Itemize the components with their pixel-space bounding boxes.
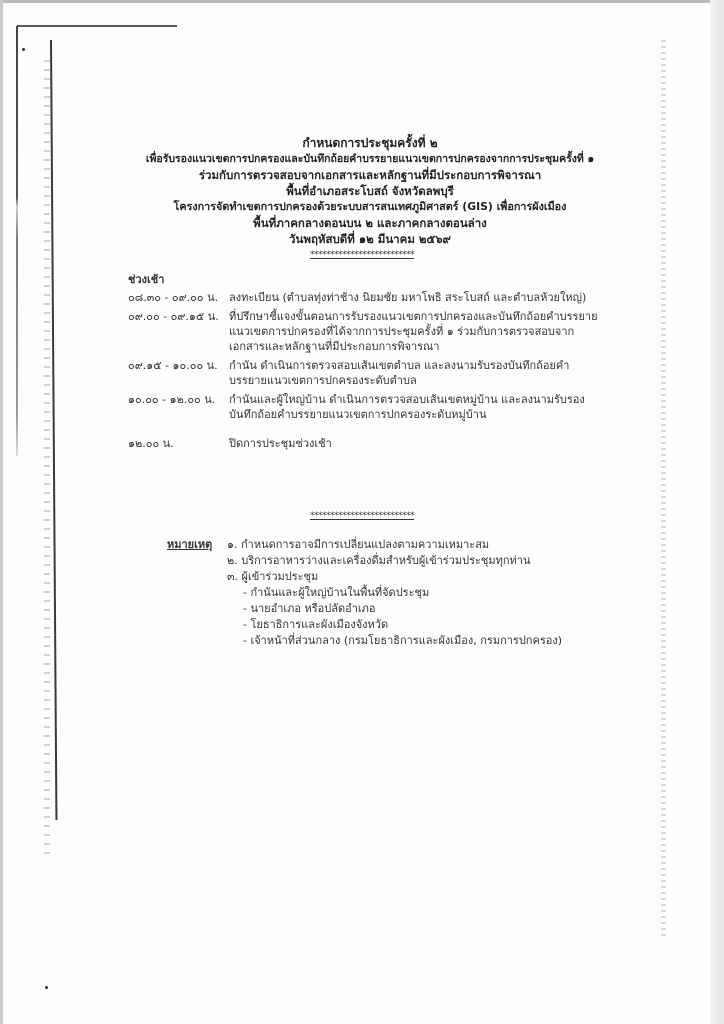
attendee-item: - เจ้าหน้าที่ส่วนกลาง (กรมโยธาธิการและผั… bbox=[227, 633, 647, 649]
schedule-desc: ที่ปรึกษาชี้แจงขั้นตอนการรับรองแนวเขตการ… bbox=[229, 309, 598, 354]
schedule-desc: ลงทะเบียน (ตำบลทุ่งท่าช้าง นิยมชัย มหาโพ… bbox=[229, 290, 598, 305]
header-line: โครงการจัดทำเขตการปกครองด้วยระบบสารสนเทศ… bbox=[120, 199, 620, 215]
header-line: เพื่อรับรองแนวเขตการปกครองและบันทึกถ้อยค… bbox=[120, 151, 620, 167]
meeting-date: วันพฤหัสบดีที่ ๑๒ มีนาคม ๒๕๖๙ bbox=[120, 231, 620, 247]
remarks-label: หมายเหตุ bbox=[167, 537, 227, 553]
schedule-list: ๐๘.๓๐ - ๐๙.๐๐ น. ลงทะเบียน (ตำบลทุ่งท่าช… bbox=[128, 290, 598, 455]
document-header: กำหนดการประชุมครั้งที่ ๒ เพื่อรับรองแนวเ… bbox=[120, 135, 620, 247]
schedule-row: ๐๙.๐๐ - ๐๙.๑๕ น. ที่ปรึกษาชี้แจงขั้นตอนก… bbox=[128, 309, 598, 354]
attendee-item: - นายอำเภอ หรือปลัดอำเภอ bbox=[227, 601, 647, 617]
schedule-time: ๐๙.๑๕ - ๑๐.๐๐ น. bbox=[128, 358, 229, 388]
remark-item: ๑. กำหนดการอาจมีการเปลี่ยนแปลงตามความเหม… bbox=[227, 537, 647, 553]
section-label-morning: ช่วงเช้า bbox=[128, 270, 164, 288]
separator: ************************** bbox=[0, 511, 724, 521]
scan-artifact-line bbox=[50, 40, 57, 820]
schedule-row: ๑๐.๐๐ - ๑๒.๐๐ น. กำนันและผู้ใหญ่บ้าน ดำเ… bbox=[128, 392, 598, 422]
schedule-time: ๑๐.๐๐ - ๑๒.๐๐ น. bbox=[128, 392, 229, 422]
schedule-time: ๑๒.๐๐ น. bbox=[128, 436, 229, 451]
schedule-row: ๑๒.๐๐ น. ปิดการประชุมช่วงเช้า bbox=[128, 436, 598, 451]
schedule-desc: ปิดการประชุมช่วงเช้า bbox=[229, 436, 598, 451]
document-title: กำหนดการประชุมครั้งที่ ๒ bbox=[120, 135, 620, 151]
scan-artifact-line bbox=[16, 26, 18, 456]
scan-artifact-bleed bbox=[661, 40, 666, 940]
header-line: ร่วมกับการตรวจสอบจากเอกสารและหลักฐานที่ม… bbox=[120, 167, 620, 183]
schedule-desc: กำนันและผู้ใหญ่บ้าน ดำเนินการตรวจสอบเส้น… bbox=[229, 392, 598, 422]
scan-speck bbox=[45, 986, 48, 989]
header-line: พื้นที่ภาคกลางตอนบน ๒ และภาคกลางตอนล่าง bbox=[120, 215, 620, 231]
schedule-row: ๐๙.๑๕ - ๑๐.๐๐ น. กำนัน ดำเนินการตรวจสอบเ… bbox=[128, 358, 598, 388]
header-line: พื้นที่อำเภอสระโบสถ์ จังหวัดลพบุรี bbox=[120, 183, 620, 199]
attendee-item: - โยธาธิการและผังเมืองจังหวัด bbox=[227, 617, 647, 633]
schedule-row: ๐๘.๓๐ - ๐๙.๐๐ น. ลงทะเบียน (ตำบลทุ่งท่าช… bbox=[128, 290, 598, 305]
scan-artifact-bleed bbox=[44, 60, 50, 860]
scan-artifact-line bbox=[17, 25, 177, 27]
scan-top-edge bbox=[0, 0, 724, 3]
remark-item: ๓. ผู้เข้าร่วมประชุม bbox=[227, 569, 647, 585]
remarks-list: ๑. กำหนดการอาจมีการเปลี่ยนแปลงตามความเหม… bbox=[227, 537, 647, 649]
schedule-time: ๐๘.๓๐ - ๐๙.๐๐ น. bbox=[128, 290, 229, 305]
separator: ************************** bbox=[0, 250, 724, 260]
scanned-document-page: กำหนดการประชุมครั้งที่ ๒ เพื่อรับรองแนวเ… bbox=[0, 0, 724, 1024]
schedule-time: ๐๙.๐๐ - ๐๙.๑๕ น. bbox=[128, 309, 229, 354]
attendee-item: - กำนันและผู้ใหญ่บ้านในพื้นที่จัดประชุม bbox=[227, 585, 647, 601]
schedule-desc: กำนัน ดำเนินการตรวจสอบเส้นเขตตำบล และลงน… bbox=[229, 358, 598, 388]
scan-speck bbox=[22, 48, 25, 51]
remark-item: ๒. บริการอาหารว่างและเครื่องดื่มสำหรับผู… bbox=[227, 553, 647, 569]
